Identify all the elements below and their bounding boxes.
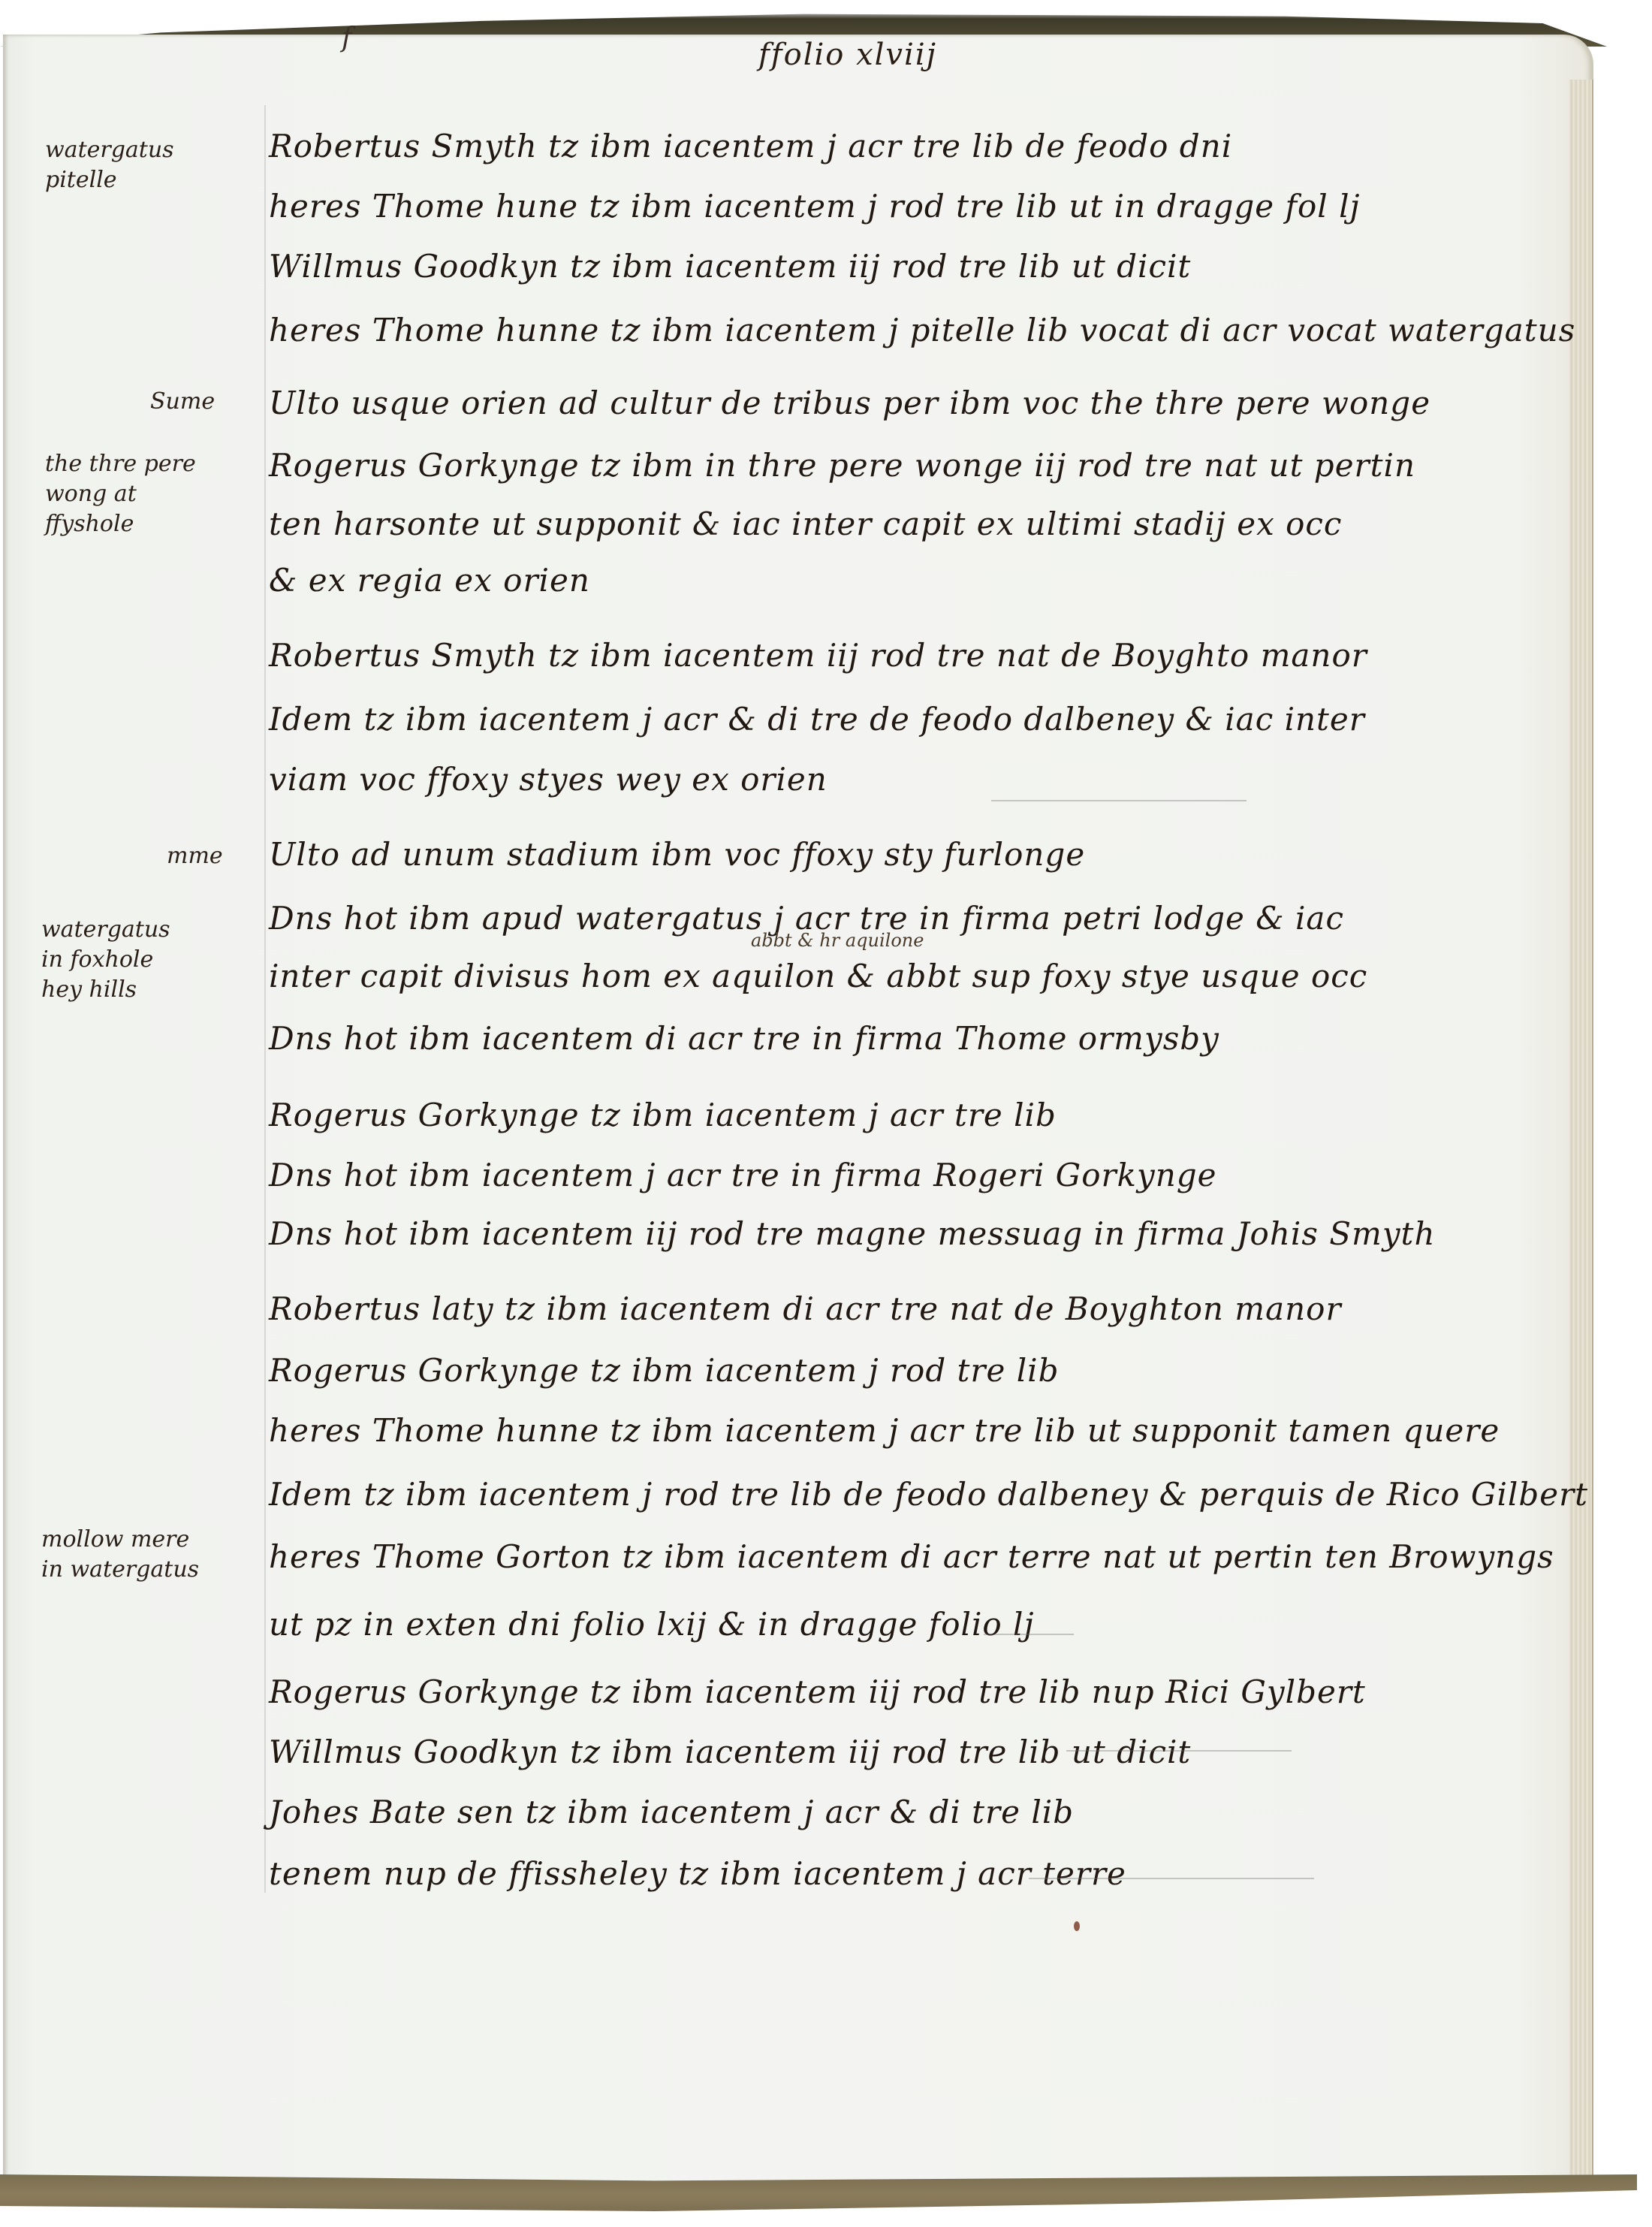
text-line: Robertus Smyth tz ibm iacentem j acr tre… (269, 128, 1232, 164)
margin-note-line: mme (167, 841, 223, 871)
corner-mark: f (342, 23, 351, 53)
margin-note-line: hey hills (41, 975, 170, 1005)
margin-note-line: wong at (45, 479, 196, 509)
text-line: heres Thome hunne tz ibm iacentem j pite… (269, 312, 1575, 349)
text-line: Rogerus Gorkynge tz ibm iacentem j rod t… (269, 1352, 1059, 1389)
line-filler (1029, 1878, 1314, 1879)
text-line: Dns hot ibm iacentem iij rod tre magne m… (269, 1215, 1436, 1252)
folio-heading: ffolio xlviij (758, 38, 937, 72)
line-filler (1066, 1750, 1292, 1752)
text-line: Robertus laty tz ibm iacentem di acr tre… (269, 1290, 1342, 1327)
margin-note-line: watergatus (45, 135, 174, 165)
page-fore-edge (1569, 80, 1593, 2183)
text-line: ut pz in exten dni folio lxij & in dragg… (269, 1606, 1034, 1643)
text-line: inter capit divisus hom ex aquilon & abb… (269, 958, 1367, 994)
text-line: & ex regia ex orien (269, 562, 590, 599)
binding-bottom-edge (0, 2174, 1637, 2227)
margin-note-line: in foxhole (41, 945, 170, 975)
text-line: Rogerus Gorkynge tz ibm in thre pere won… (269, 447, 1415, 484)
margin-note-line: in watergatus (41, 1555, 199, 1585)
line-filler (984, 1634, 1074, 1635)
text-line: ten harsonte ut supponit & iac inter cap… (269, 505, 1342, 542)
text-line: Dns hot ibm iacentem j acr tre in firma … (269, 1157, 1217, 1193)
margin-note-sume: Sume (150, 387, 215, 417)
ink-spot (1074, 1921, 1080, 1931)
margin-note-line: pitelle (45, 165, 174, 195)
margin-note-line: the thre pere (45, 449, 196, 479)
line-filler (991, 800, 1247, 801)
text-line: Rogerus Gorkynge tz ibm iacentem iij rod… (269, 1673, 1366, 1710)
margin-note-thre-pere-wong: the thre pere wong at ffyshole (45, 449, 196, 539)
text-line: heres Thome hunne tz ibm iacentem j acr … (269, 1412, 1500, 1449)
margin-note-watergatus-pitelle: watergatus pitelle (45, 135, 174, 195)
text-line: Johes Bate sen tz ibm iacentem j acr & d… (269, 1794, 1074, 1830)
margin-ruling-line (264, 105, 266, 1893)
margin-note-mollow-mere: mollow mere in watergatus (41, 1525, 199, 1585)
text-line: Willmus Goodkyn tz ibm iacentem iij rod … (269, 248, 1191, 285)
margin-note-mme: mme (167, 841, 223, 871)
text-line: viam voc ffoxy styes wey ex orien (269, 761, 828, 798)
text-line: Ulto ad unum stadium ibm voc ffoxy sty f… (269, 836, 1085, 873)
margin-note-line: Sume (150, 387, 215, 417)
text-line: tenem nup de ffissheley tz ibm iacentem … (269, 1855, 1126, 1892)
text-line: Rogerus Gorkynge tz ibm iacentem j acr t… (269, 1097, 1057, 1133)
text-line: Idem tz ibm iacentem j acr & di tre de f… (269, 701, 1365, 738)
margin-note-watergatus-foxhole: watergatus in foxhole hey hills (41, 915, 170, 1005)
text-line: Dns hot ibm iacentem di acr tre in firma… (269, 1020, 1219, 1057)
margin-note-line: ffyshole (45, 509, 196, 539)
text-line: Ulto usque orien ad cultur de tribus per… (269, 385, 1430, 421)
text-line: heres Thome hune tz ibm iacentem j rod t… (269, 188, 1361, 225)
text-line: heres Thome Gorton tz ibm iacentem di ac… (269, 1538, 1554, 1575)
text-line: Idem tz ibm iacentem j rod tre lib de fe… (269, 1476, 1588, 1513)
text-line: Willmus Goodkyn tz ibm iacentem iij rod … (269, 1734, 1191, 1770)
margin-note-line: mollow mere (41, 1525, 199, 1555)
margin-note-line: watergatus (41, 915, 170, 945)
text-line: Robertus Smyth tz ibm iacentem iij rod t… (269, 637, 1367, 674)
interlinear-insertion: abbt & hr aquilone (751, 930, 924, 951)
